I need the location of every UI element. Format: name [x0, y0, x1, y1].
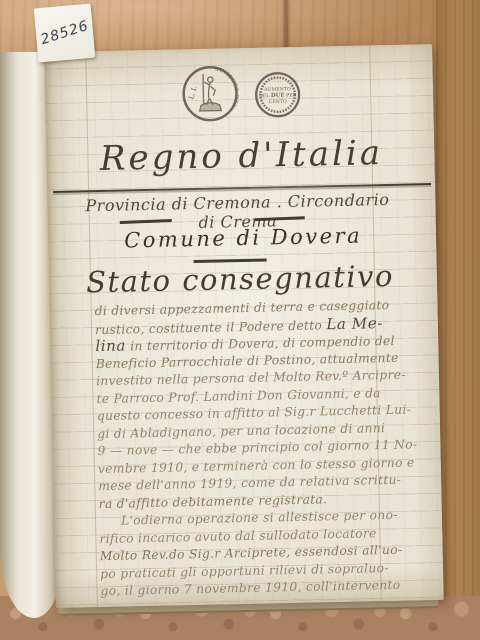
surcharge-stamp: AUMENTO DEL DUE PER CENTO — [254, 71, 302, 119]
svg-text:DEL DUE PER: DEL DUE PER — [259, 92, 297, 99]
inventory-label: 28526 — [34, 4, 95, 63]
stamp-right-line2a: DEL — [259, 93, 271, 99]
revenue-stamp: L. I. AUMENTO DEL 2% — [181, 64, 240, 123]
body-text: di diversi appezzamenti di terra e caseg… — [94, 297, 392, 601]
stamp-right-line3: CENTO — [269, 99, 287, 105]
photo-background: { "photo": { "inventory_label": "28526" … — [0, 0, 480, 640]
stamp-right-line2b: DUE — [271, 93, 285, 99]
stamp-right-line2c: PER — [285, 92, 297, 98]
document-title: Stato consegnativo — [85, 259, 396, 299]
inventory-number: 28526 — [38, 18, 90, 49]
archive-document-page: L. I. AUMENTO DEL 2% AUMENTO DEL DUE PER… — [44, 44, 444, 608]
wood-plank-seam — [284, 0, 288, 54]
podere-name-part2: lina — [95, 336, 126, 355]
podere-name-part1: La Me- — [326, 314, 383, 333]
kingdom-title: Regno d'Italia — [74, 133, 409, 180]
comune-title: Comune di Dovera — [103, 223, 383, 253]
